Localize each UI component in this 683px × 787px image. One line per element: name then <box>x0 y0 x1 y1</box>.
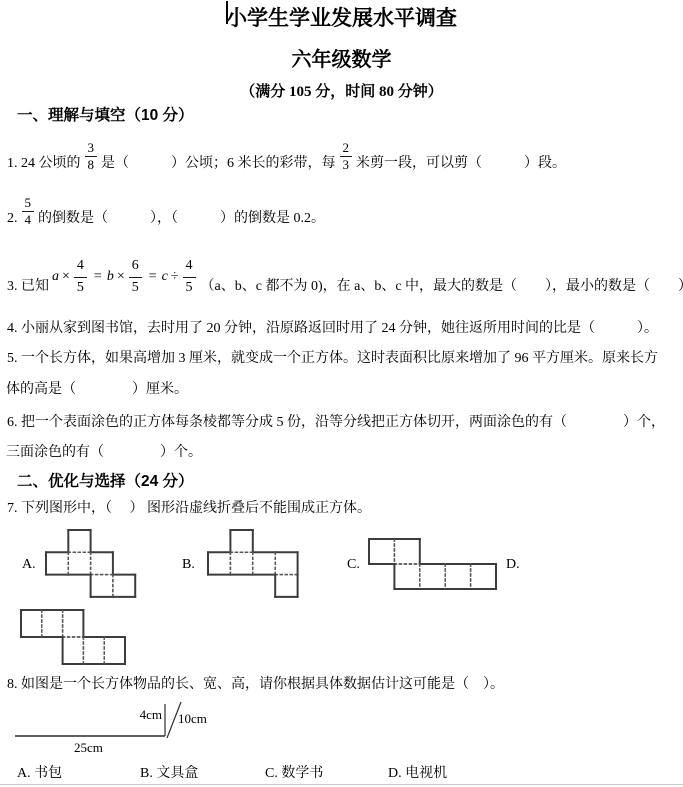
question-5-line2: 体的高是（ ）厘米。 <box>6 381 188 400</box>
question-6-line2: 三面涂色的有（ ）个。 <box>6 444 202 463</box>
question-5-line1: 5. 一个长方体，如果高增加 3 厘米，就变成一个正方体。这时表面积比原来增加了… <box>7 350 658 369</box>
q7-option-label-c: C. <box>347 557 360 573</box>
question-4: 4. 小丽从家到图书馆，去时用了 20 分钟，沿原路返回时用了 24 分钟，她往… <box>7 320 658 339</box>
cube-net-figure-d <box>19 608 127 666</box>
q8-dim-depth-label: 10cm <box>178 711 207 727</box>
fraction-5-4: 5 4 <box>22 196 35 228</box>
q3-text-pre: 3. 已知 <box>7 278 49 297</box>
variable-b: b <box>107 268 114 287</box>
fraction-3-8: 3 8 <box>85 141 98 173</box>
q8-option-d: D. 电视机 <box>388 762 447 782</box>
q8-option-b-text: 文具盒 <box>156 766 198 781</box>
q7-option-label-d: D. <box>506 557 520 573</box>
q8-option-a: A. 书包 <box>17 762 62 782</box>
multiply-sign: × <box>62 268 70 287</box>
q7-option-label-a: A. <box>22 557 36 573</box>
fraction-6-5: 6 5 <box>129 258 142 297</box>
cube-net-figure-b <box>206 528 300 599</box>
q1-text-pre: 1. 24 公顷的 <box>7 155 81 174</box>
fraction-4-5: 4 5 <box>74 258 87 297</box>
q8-option-a-label: A. <box>17 766 31 781</box>
divide-sign: ÷ <box>171 268 179 287</box>
question-1: 1. 24 公顷的 3 8 是（ ）公顷；6 米长的彩带，每 2 3 米剪一段，… <box>7 141 566 174</box>
section2-heading: 二、优化与选择（24 分） <box>17 469 194 491</box>
question-3: 3. 已知 a × 4 5 = b × 6 5 = c ÷ 4 5 （a、b、c… <box>7 258 683 297</box>
variable-a: a <box>52 268 59 287</box>
q8-option-b: B. 文具盒 <box>140 762 198 782</box>
q8-option-c-label: C. <box>265 766 278 781</box>
equals-sign: = <box>94 268 102 287</box>
q3-equation: a × 4 5 = b × 6 5 = c ÷ 4 5 <box>51 258 199 297</box>
exam-document-page[interactable]: 小学生学业发展水平调查 六年级数学 （满分 105 分，时间 80 分钟） 一、… <box>0 0 683 787</box>
q8-option-d-text: 电视机 <box>405 766 447 781</box>
q8-option-b-label: B. <box>140 766 153 781</box>
question-6-line1: 6. 把一个表面涂色的正方体每条棱都等分成 5 份，沿等分线把正方体切开，两面涂… <box>7 414 665 433</box>
q3-text-post: （a、b、c 都不为 0)，在 a、b、c 中，最大的数是（ ），最小的数是（ … <box>201 278 683 297</box>
exam-meta: （满分 105 分，时间 80 分钟） <box>0 80 683 101</box>
page-subtitle: 六年级数学 <box>0 43 683 72</box>
fraction-4-5: 4 5 <box>183 258 196 297</box>
question-2: 2. 5 4 的倒数是（ ），（ ）的倒数是 0.2。 <box>7 196 325 229</box>
q8-option-c-text: 数学书 <box>281 766 323 781</box>
question-7: 7. 下列图形中，（ ） 图形沿虚线折叠后不能围成正方体。 <box>7 500 371 519</box>
section1-heading: 一、理解与填空（10 分） <box>17 103 194 125</box>
q8-option-d-label: D. <box>388 766 402 781</box>
q2-text: 的倒数是（ ），（ ）的倒数是 0.2。 <box>38 210 325 229</box>
multiply-sign: × <box>117 268 125 287</box>
question-8: 8. 如图是一个长方体物品的长、宽、高，请你根据具体数据估计这可能是（ ）。 <box>7 676 504 695</box>
equals-sign: = <box>149 268 157 287</box>
q8-dim-height-label: 4cm <box>130 707 162 723</box>
page-title: 小学生学业发展水平调查 <box>0 2 683 32</box>
variable-c: c <box>162 268 168 287</box>
q1-text-mid: 是（ ）公顷；6 米长的彩带，每 <box>101 155 336 174</box>
fraction-2-3: 2 3 <box>340 141 353 173</box>
q8-option-c: C. 数学书 <box>265 762 323 782</box>
page-bottom-divider <box>0 784 683 785</box>
q1-text-post: 米剪一段，可以剪（ ）段。 <box>356 155 566 174</box>
cube-net-figure-a <box>44 528 137 599</box>
q8-option-a-text: 书包 <box>34 766 62 781</box>
q8-dim-length-label: 25cm <box>74 740 103 756</box>
cube-net-figure-c <box>367 537 498 591</box>
q7-option-label-b: B. <box>182 557 195 573</box>
q2-number: 2. <box>7 210 18 229</box>
